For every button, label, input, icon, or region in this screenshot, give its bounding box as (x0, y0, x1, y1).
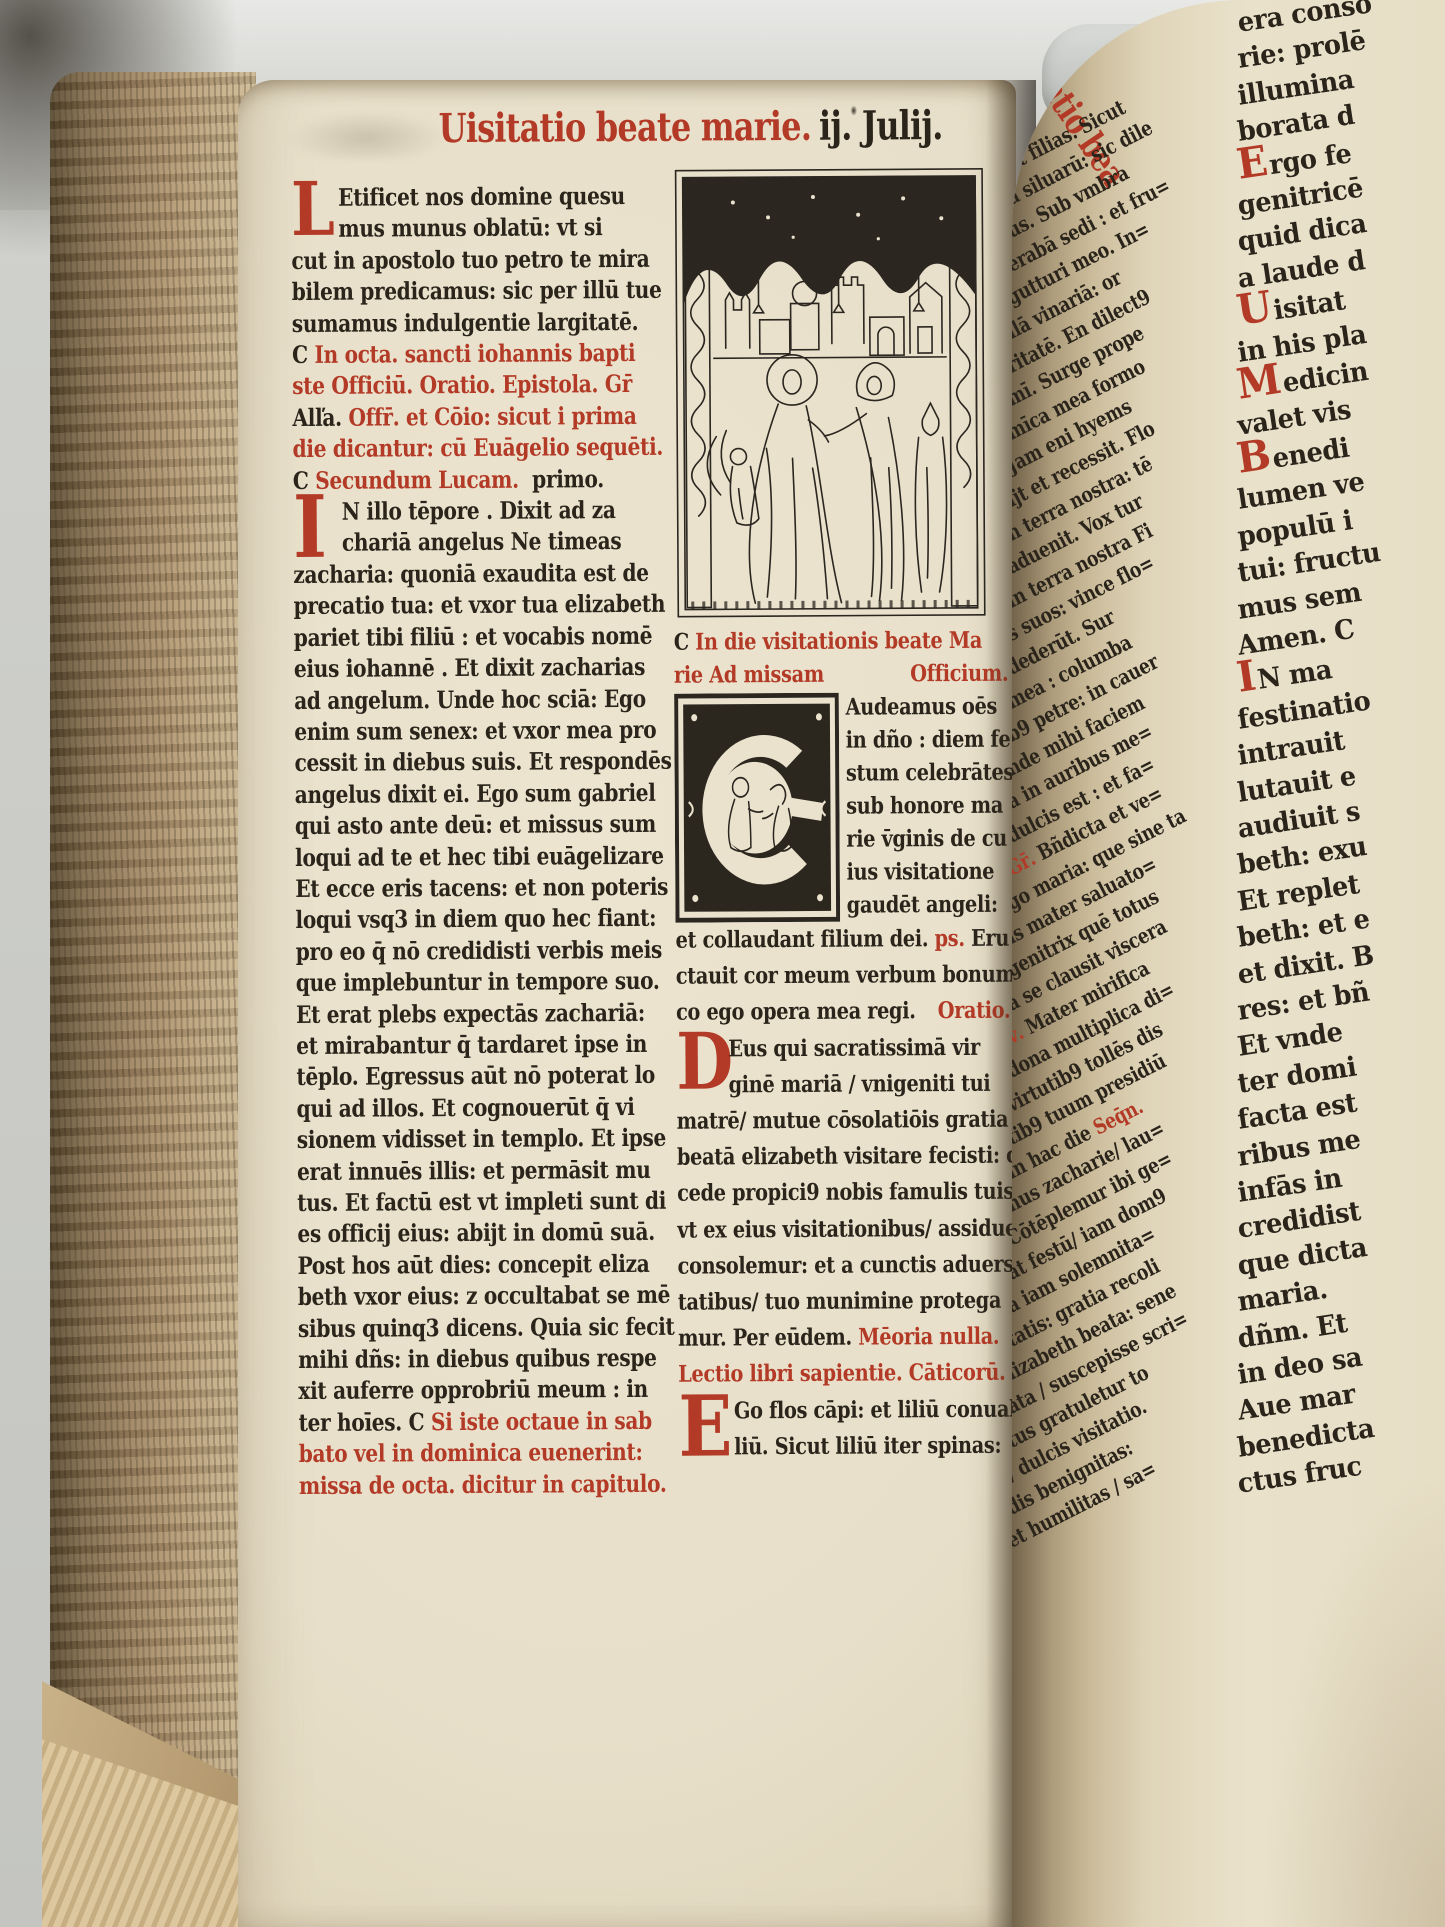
text-line: et collaudant filium dei. ps. Eru (676, 921, 1011, 959)
body-text: a laude d (1235, 243, 1367, 298)
text-line: cessit in diebus suis. Et respondēs (294, 745, 669, 779)
text-line: in hac die Seq̄n. (1012, 1067, 1194, 1188)
body-text: loqui vsq3 in diem quo hec fiant: (295, 902, 656, 936)
body-text: sibus quinq3 dicens. Quia sic fecit (298, 1310, 675, 1344)
body-text: festinatio (1235, 683, 1372, 739)
initial-G-woodcut (674, 693, 840, 923)
text-line: b9 petre: in cauer (1012, 630, 1194, 751)
rubric-text: Secundum Lucam. (315, 463, 519, 496)
body-text: N ma (1255, 653, 1334, 700)
text-line: era conso (1235, 0, 1445, 42)
body-text: cessit in diebus suis. Et respondēs (294, 745, 671, 779)
text-line: in dño : diem fe (846, 723, 1009, 757)
dropcap-I: I (293, 496, 342, 558)
body-text: quid dica (1235, 206, 1369, 261)
text-line: a in auribus me= (1012, 697, 1194, 818)
text-line: mea : columba (1012, 596, 1194, 717)
text-line: dis benignitas: (1012, 1403, 1194, 1524)
rubric-text: E (1235, 147, 1268, 176)
text-line: genitricē (1235, 156, 1445, 226)
body-text: rie: prolē (1235, 24, 1368, 79)
body-text: Et ecce eris tacens: et non poteris (295, 871, 668, 905)
body-text: nus zacharie/ lau= (1012, 1113, 1170, 1222)
body-text: ata / suscepisse scri= (1012, 1302, 1194, 1423)
text-line: IN ma (1235, 632, 1445, 703)
body-text: dona multiplica di= (1012, 973, 1180, 1087)
body-text: dis benignitas: (1012, 1431, 1138, 1523)
rubric-text: In octa. sancti iohannis bapti (314, 337, 635, 370)
text-line: n terra nostra: tē (1012, 429, 1194, 550)
text-line: / dulcis visitatio. (1012, 1369, 1194, 1490)
text-line: enim sum senex: et vxor mea pro (294, 714, 669, 748)
body-text: Cōtēplemur ibi ge= (1012, 1142, 1178, 1255)
body-text: ēt filias. Sicut (1012, 91, 1131, 180)
text-line: N illo tēpore . Dixit ad za (342, 494, 668, 527)
text-line: tatibus/ tuo munimine protega (678, 1283, 1013, 1321)
body-text: tui: fructu (1235, 535, 1383, 592)
text-line: co ego opera mea regi.Oratio. (676, 993, 1011, 1031)
text-line: missa de octa. dicitur in capitulo. (299, 1467, 674, 1501)
text-line: is mater saluato= (1012, 832, 1194, 953)
text-line: nus zacharie/ lau= (1012, 1100, 1194, 1221)
text-line: s suos: vince flo= (1012, 529, 1194, 650)
body-text: sionem vidisset in templo. Et ipse (297, 1122, 666, 1156)
body-text: lutauit e (1235, 758, 1358, 812)
body-text: llā vinariā: or (1012, 261, 1127, 348)
body-text: C (293, 465, 316, 497)
text-line: liū. Sicut liliū iter spinas: (734, 1427, 1013, 1465)
text-line: Ergo fe (1235, 118, 1445, 189)
body-text: benedicta (1235, 1411, 1376, 1467)
text-line: erabā sedi : et fru= (1012, 160, 1194, 281)
body-text: a siluarū: sic dile (1012, 111, 1158, 214)
text-line: loqui vsq3 in diem quo hec fiant: (295, 902, 670, 936)
body-text: in deo sa (1235, 1340, 1364, 1395)
text-line: bato vel in dominica euenerint: (299, 1436, 674, 1470)
body-text: maria. (1235, 1271, 1338, 1322)
rubric-text: Lectio libri sapientie. Cāticorū. (678, 1355, 1005, 1393)
body-text: zacharia: quoniā exaudita est de (293, 557, 648, 591)
rubric-text: Gr̄. (1012, 840, 1046, 886)
text-line: eius iohannē . Et dixit zacharias (294, 651, 669, 685)
body-text: es officij eius: abijt in domū suā. (297, 1216, 655, 1250)
text-line: lutauit e (1235, 742, 1445, 812)
body-text: precatio tua: et vxor tua elizabeth (293, 588, 665, 622)
body-text: us. Sub vmbra (1012, 156, 1135, 247)
body-text: mī. Surge prope (1012, 317, 1150, 415)
text-line: et humilitas / sa= (1012, 1436, 1194, 1557)
body-text: erabā sedi : et fru= (1012, 169, 1176, 281)
text-line: consolemur: et a cunctis aduersi (677, 1246, 1012, 1284)
running-title-folio: ij. Julij. (819, 102, 943, 150)
body-text: primo. (519, 463, 604, 495)
text-line: chariā angelus Ne timeas (342, 525, 668, 558)
body-text: sub honore ma (846, 789, 1003, 823)
text-line: aduenit. Vox tur (1012, 462, 1194, 583)
body-text: / dulcis visitatio. (1012, 1390, 1152, 1490)
text-line: cede propici9 nobis famulis tuis: (677, 1174, 1012, 1212)
body-text: co ego opera mea regi. (676, 994, 916, 1032)
body-text: beth: exu (1235, 829, 1369, 884)
text-line: ad angelum. Unde hoc sciā: Ego (294, 682, 669, 716)
body-text: Alľa. (292, 402, 348, 434)
body-text: a in auribus me= (1012, 715, 1158, 818)
right-column-outer: era consorie: prolēilluminaborata dErgo … (1238, 6, 1445, 1504)
text-line: tēplo. Egressus aūt nō poterat lo (296, 1059, 671, 1093)
body-text: Amen. C (1235, 612, 1357, 665)
text-line: que implebuntur in tempore suo. (296, 965, 671, 999)
text-line: llā vinariā: or (1012, 227, 1194, 348)
text-line: beth: exu (1235, 815, 1445, 885)
body-text: Eus qui sacratissimā vir (728, 1029, 980, 1067)
body-text: n terra nostra: tē (1012, 447, 1158, 550)
psalm-verse: et collaudant filium dei. ps. Eructauit … (676, 921, 1011, 1032)
text-line: ctauit cor meum verbum bonum: di (676, 957, 1011, 995)
text-line: angelus dixit ei. Ego sum gabriel (295, 776, 670, 810)
text-line: dona multiplica di= (1012, 966, 1194, 1087)
body-text: beth vxor eius: z occultabat se mē (298, 1279, 670, 1313)
rubric-text: ste Officiū. Oratio. Epistola. Gr̄ (292, 368, 632, 401)
body-text: gutturi meo. In= (1012, 213, 1155, 314)
paragraph-gospel-start: N illo tēpore . Dixit ad zachariā angelu… (293, 494, 668, 559)
body-text: edicin (1280, 354, 1370, 403)
body-text: rgo fe (1267, 136, 1354, 184)
text-line: Et replet (1235, 851, 1445, 921)
body-text: mīca mea formo (1012, 350, 1151, 449)
text-line: Et erat plebs expectās zachariā: (296, 996, 671, 1030)
text-line: credidist (1235, 1179, 1445, 1249)
body-text: tēplo. Egressus aūt nō poterat lo (296, 1059, 655, 1093)
text-line: ata / suscepisse scri= (1012, 1302, 1194, 1423)
body-text: erat innuēs illis: et permāsit mu (297, 1153, 651, 1187)
body-text: cede propici9 nobis famulis tuis: (677, 1174, 1021, 1212)
text-line: Aue mar (1235, 1361, 1445, 1431)
text-line: Et vnde (1235, 997, 1445, 1067)
body-text: mea : columba (1012, 625, 1138, 717)
text-line: Etificet nos domine quesu (338, 180, 666, 213)
rubric-text: B (1235, 441, 1272, 471)
rubric-text: v̄. (1012, 1014, 1034, 1053)
body-text: dederūt. Sur (1012, 600, 1120, 683)
text-line: a se clausit viscera (1012, 899, 1194, 1020)
body-text: qui ad illos. Et cognouerūt q̄ vi (297, 1091, 635, 1124)
dropcap-E: E (678, 1393, 734, 1465)
text-line: et mirabantur q̄ tardaret ipse in (296, 1028, 671, 1062)
body-text: tus gratuletur to (1012, 1356, 1154, 1457)
rubric-text: Mēoria nulla. (858, 1319, 999, 1356)
body-text: C (292, 339, 315, 371)
text-line: dulcis est : et fa= (1012, 731, 1194, 852)
text-line: zacharia: quoniā exaudita est de (293, 557, 668, 591)
text-line: us. Sub vmbra (1012, 126, 1194, 247)
text-line: ēt filias. Sicut (1012, 59, 1194, 180)
rubric-text: I (1235, 663, 1257, 691)
body-text: virtutib9 tollēs dis (1012, 1013, 1168, 1121)
text-line: erat innuēs illis: et permāsit mu (297, 1153, 672, 1187)
rubric-text: die dicantur: cū Euāgelio sequēti. (293, 431, 664, 465)
text-line: rie v̄ginis de cu (846, 822, 1009, 856)
text-line: lumen ve (1235, 450, 1445, 520)
rubric-text: Si iste octaue in sab (431, 1405, 652, 1438)
body-text: bilem predicamus: sic per illū tue (292, 274, 662, 308)
text-line: festinatio (1235, 669, 1445, 739)
text-line: audiuit s (1235, 778, 1445, 848)
dropcap-L: L (291, 182, 338, 244)
text-line: a iam solemnita= (1012, 1201, 1194, 1322)
body-text: borata d (1235, 98, 1357, 151)
body-text: matrē/ mutue cōsolatiōis gratia (677, 1102, 1009, 1140)
body-text: eius iohannē . Et dixit zacharias (294, 651, 645, 685)
text-line: mīca mea formo (1012, 328, 1194, 449)
text-line: intrauit (1235, 706, 1445, 776)
body-text: at festū/ iam dom9 (1012, 1179, 1172, 1289)
running-title: Uisitatio beate marie. ij. Julij. (439, 102, 1015, 153)
dropcap-D: D (676, 1031, 729, 1103)
body-text: ter domi (1235, 1049, 1359, 1103)
body-text: consolemur: et a cunctis aduersi (677, 1246, 1021, 1284)
text-line: borata d (1235, 82, 1445, 152)
text-line: et dixit. B (1235, 924, 1445, 994)
text-line: ter hoīes. C Si iste octaue in sab (298, 1405, 673, 1439)
text-line: vt ex eius visitationibus/ assidue (677, 1210, 1012, 1248)
rubric-text: missa de octa. dicitur in capitulo. (299, 1467, 667, 1501)
body-text: audiuit s (1235, 794, 1362, 848)
body-text: nde mihi faciem (1012, 686, 1150, 785)
text-line: ijt et recessit. Flo (1012, 395, 1194, 516)
body-text: N illo tēpore . Dixit ad za (342, 494, 616, 527)
body-text: genitricē (1235, 171, 1365, 226)
text-line: dñm. Et (1235, 1288, 1445, 1358)
rubric-text: ps. (934, 921, 971, 957)
body-text: liū. Sicut liliū iter spinas: (734, 1428, 1001, 1466)
body-text: ter hoīes. C (298, 1406, 431, 1438)
text-line: at festū/ iam dom9 (1012, 1168, 1194, 1289)
text-line: a laude d (1235, 228, 1445, 298)
text-line: v̄. Mater mirifica (1012, 932, 1194, 1053)
text-line: res: et bñ (1235, 960, 1445, 1030)
text-line: nde mihi faciem (1012, 664, 1194, 785)
body-text: Et vnde (1235, 1015, 1345, 1067)
text-line: Benedi (1235, 412, 1445, 483)
text-line: qui asto ante deū: et missus sum (295, 808, 670, 842)
body-text: angelus dixit ei. Ego sum gabriel (295, 777, 656, 811)
body-text: res: et bñ (1235, 975, 1371, 1031)
text-line: a siluarū: sic dile (1012, 93, 1194, 214)
text-line: tib9 tuum presidiū (1012, 1033, 1194, 1154)
body-text: mus munus oblatū: vt si (338, 212, 602, 245)
body-text: tib9 tuum presidiū (1012, 1044, 1172, 1153)
body-text: Etificet nos domine quesu (338, 180, 625, 213)
text-line: rie Ad missamOfficium. (674, 657, 1009, 692)
running-title-red: Uisitatio beate marie. (439, 103, 812, 152)
body-text: que implebuntur in tempore suo. (296, 965, 660, 999)
text-line: ginē mariā / vnigeniti tui (728, 1065, 1010, 1103)
text-line: beatā elizabeth visitare fecisti: cō (677, 1138, 1012, 1176)
text-line: virtutib9 tollēs dis (1012, 1000, 1194, 1121)
right-running-title: Uisitatio bea (1012, 12, 1135, 193)
text-line: facta est (1235, 1070, 1445, 1140)
text-line: populū i (1235, 486, 1445, 556)
oratio-text: matrē/ mutue cōsolatiōis gratiabeatā eli… (677, 1102, 1013, 1394)
body-text: dñm. Et (1235, 1306, 1350, 1358)
text-line: es officij eius: abijt in domū suā. (297, 1216, 672, 1250)
text-line: mī. Surge prope (1012, 294, 1194, 415)
text-line: quid dica (1235, 192, 1445, 262)
body-text: dulcis est : et fa= (1012, 748, 1160, 852)
text-line: benedicta (1235, 1397, 1445, 1467)
text-line: tatis: gratia recoli (1012, 1235, 1194, 1356)
body-text: ius visitatione (846, 855, 994, 889)
text-line: Lectio libri sapientie. Cāticorū. ij (678, 1355, 1013, 1393)
text-line: bilem predicamus: sic per illū tue (292, 274, 667, 308)
body-text: facta est (1235, 1086, 1359, 1140)
text-line: sionem vidisset in templo. Et ipse (297, 1122, 672, 1156)
text-line: stum celebrātes (846, 756, 1009, 790)
text-line: beth: et e (1235, 888, 1445, 958)
body-text: aduenit. Vox tur (1012, 485, 1149, 583)
text-line: Uisitat (1235, 265, 1445, 336)
rubric-text: U (1235, 293, 1273, 323)
body-text (824, 681, 910, 682)
body-text: et collaudant filium dei. (676, 921, 935, 959)
body-text: chariā angelus Ne timeas (342, 525, 622, 558)
body-text: in hac die (1012, 1114, 1102, 1188)
text-line: die dicantur: cū Euāgelio sequēti. (293, 431, 668, 465)
rubric-text: Seq̄n. (1087, 1090, 1149, 1144)
text-line: tus. Et factū est vt impleti sunt di (297, 1185, 672, 1219)
ink-speck (851, 106, 857, 116)
left-page: Uisitatio beate marie. ij. Julij. L Etif… (238, 80, 1016, 1927)
body-text: credidist (1235, 1194, 1363, 1248)
text-line: ter domi (1235, 1033, 1445, 1103)
text-line: C In die visitationis beate Ma (674, 624, 1009, 659)
body-text: infās in (1235, 1161, 1344, 1212)
text-line: loqui ad te et hec tibi euāgelizare (295, 839, 670, 873)
body-text: isitat (1271, 283, 1348, 330)
text-line: ribus me (1235, 1106, 1445, 1176)
body-text: C (674, 626, 696, 659)
text-line: matrē/ mutue cōsolatiōis gratia (677, 1102, 1012, 1140)
text-line: mus munus oblatū: vt si (338, 211, 666, 244)
text-line: tui: fructu (1235, 523, 1445, 593)
body-text: mihi dñs: in diebus quibus respe (298, 1342, 657, 1376)
text-line: ritatē. En dilect9 (1012, 261, 1194, 382)
paragraph-rubrics: cut in apostolo tuo petro te mirabilem p… (291, 243, 667, 497)
body-text: lumen ve (1235, 465, 1367, 520)
body-text: Et erat plebs expectās zachariā: (296, 996, 645, 1030)
text-line: ctus fruc (1235, 1434, 1445, 1504)
body-text: illumina (1235, 62, 1356, 115)
text-line: pro eo q̄ nō credidisti verbis meis (296, 933, 671, 967)
text-line: Amen. C (1235, 595, 1445, 665)
body-text: ribus me (1235, 1122, 1363, 1176)
right-column-inner: ēt filias. Sicuta siluarū: sic dileus. S… (1012, 148, 1252, 1559)
body-text: is mater saluato= (1012, 848, 1163, 953)
text-line: tus gratuletur to (1012, 1336, 1194, 1457)
body-text: beth: et e (1235, 902, 1372, 958)
body-text: Mater mirifica (1019, 952, 1155, 1043)
body-text: Go flos cāpi: et liliū conual (734, 1391, 1016, 1429)
body-text: genitrix quē totus (1012, 880, 1165, 986)
rubric-text: Offr̄. et Cōio: sicut i prima (348, 400, 636, 433)
text-line: Et ecce eris tacens: et non poteris (295, 871, 670, 905)
body-text: ritatē. En dilect9 (1012, 280, 1156, 382)
body-text: xit auferre opprobriū meum : in (298, 1373, 648, 1407)
body-text: enedi (1270, 430, 1352, 477)
rubric-text: bato vel in dominica euenerint: (299, 1436, 643, 1470)
body-text: in terra nostra Fi (1012, 514, 1158, 617)
body-text: pariet tibi filiū : et vocabis nomē (294, 620, 653, 654)
text-line: cut in apostolo tuo petro te mira (291, 243, 666, 277)
body-text: mur. Per eūdem. (678, 1320, 858, 1357)
body-text: Audeamus oēs (845, 690, 997, 724)
body-text: ad angelum. Unde hoc sciā: Ego (294, 682, 646, 716)
body-text: b9 petre: in cauer (1012, 645, 1164, 751)
text-line: go maria: que sine ta (1012, 798, 1194, 919)
body-text: Et replet (1235, 867, 1362, 921)
body-text: Jam eni hyems (1012, 390, 1137, 482)
body-text: et mirabantur q̄ tardaret ipse in (296, 1028, 647, 1062)
body-text: Post hos aūt dies: concepit eliza (297, 1248, 649, 1282)
visitation-woodcut (673, 166, 988, 620)
body-text: populū i (1235, 503, 1355, 556)
text-line: infās in (1235, 1142, 1445, 1212)
rubric-text: rie Ad missam (674, 658, 824, 692)
text-line: Eus qui sacratissimā vir (728, 1029, 1010, 1067)
body-text: gaudēt angeli: (847, 888, 998, 922)
text-line: sibus quinq3 dicens. Quia sic fecit (298, 1310, 673, 1344)
body-text: a iam solemnita= (1012, 1218, 1161, 1322)
body-text: lizabeth beata: sene (1012, 1274, 1182, 1389)
body-text: mus sem (1235, 574, 1363, 628)
body-text: rie v̄ginis de cu (846, 822, 1007, 856)
text-line: rie: prolē (1235, 9, 1445, 79)
body-text: ijt et recessit. Flo (1012, 412, 1161, 516)
text-line: in terra nostra Fi (1012, 496, 1194, 617)
text-line: C In octa. sancti iohannis bapti (292, 337, 667, 371)
text-line: ste Officiū. Oratio. Epistola. Gr̄ (292, 368, 667, 402)
text-line: beth vxor eius: z occultabat se mē (298, 1279, 673, 1313)
text-line: in his pla (1235, 302, 1445, 372)
body-text: era conso (1235, 0, 1374, 42)
text-line: qui ad illos. Et cognouerūt q̄ vi (297, 1091, 672, 1125)
body-text: cut in apostolo tuo petro te mira (291, 243, 649, 277)
text-line: Medicin (1235, 339, 1445, 410)
body-text: Aue mar (1235, 1377, 1358, 1431)
body-text: valet vis (1235, 393, 1353, 446)
body-text: beatā elizabeth visitare fecisti: cō (677, 1138, 1030, 1176)
body-text: loqui ad te et hec tibi euāgelizare (295, 839, 664, 873)
text-line: pariet tibi filiū : et vocabis nomē (294, 619, 669, 653)
text-line: illumina (1235, 45, 1445, 115)
text-line: sumamus indulgentie largitatē. (292, 305, 667, 339)
body-text: ginē mariā / vnigeniti tui (728, 1066, 990, 1104)
body-text: pro eo q̄ nō credidisti verbis meis (296, 934, 663, 968)
body-text: tatibus/ tuo munimine protega (678, 1283, 1002, 1321)
body-text: ctus fruc (1235, 1449, 1364, 1503)
text-line: dederūt. Sur (1012, 563, 1194, 684)
rubric-text: In die visitationis beate Ma (695, 624, 982, 659)
text-line: Gr̄. Bñdicta et ve= (1012, 764, 1194, 885)
body-text: vt ex eius visitationibus/ assidue (677, 1210, 1017, 1248)
body-text: a se clausit viscera (1012, 910, 1172, 1020)
paragraph-gospel: zacharia: quoniā exaudita est deprecatio… (293, 557, 673, 1501)
text-column-left: L Etificet nos domine quesumus munus obl… (291, 180, 674, 1501)
rubric-text: M (1235, 366, 1282, 397)
woodcut-caption: C In die visitationis beate Marie Ad mis… (674, 624, 1009, 692)
text-line: que dicta (1235, 1215, 1445, 1285)
text-line: valet vis (1235, 376, 1445, 446)
